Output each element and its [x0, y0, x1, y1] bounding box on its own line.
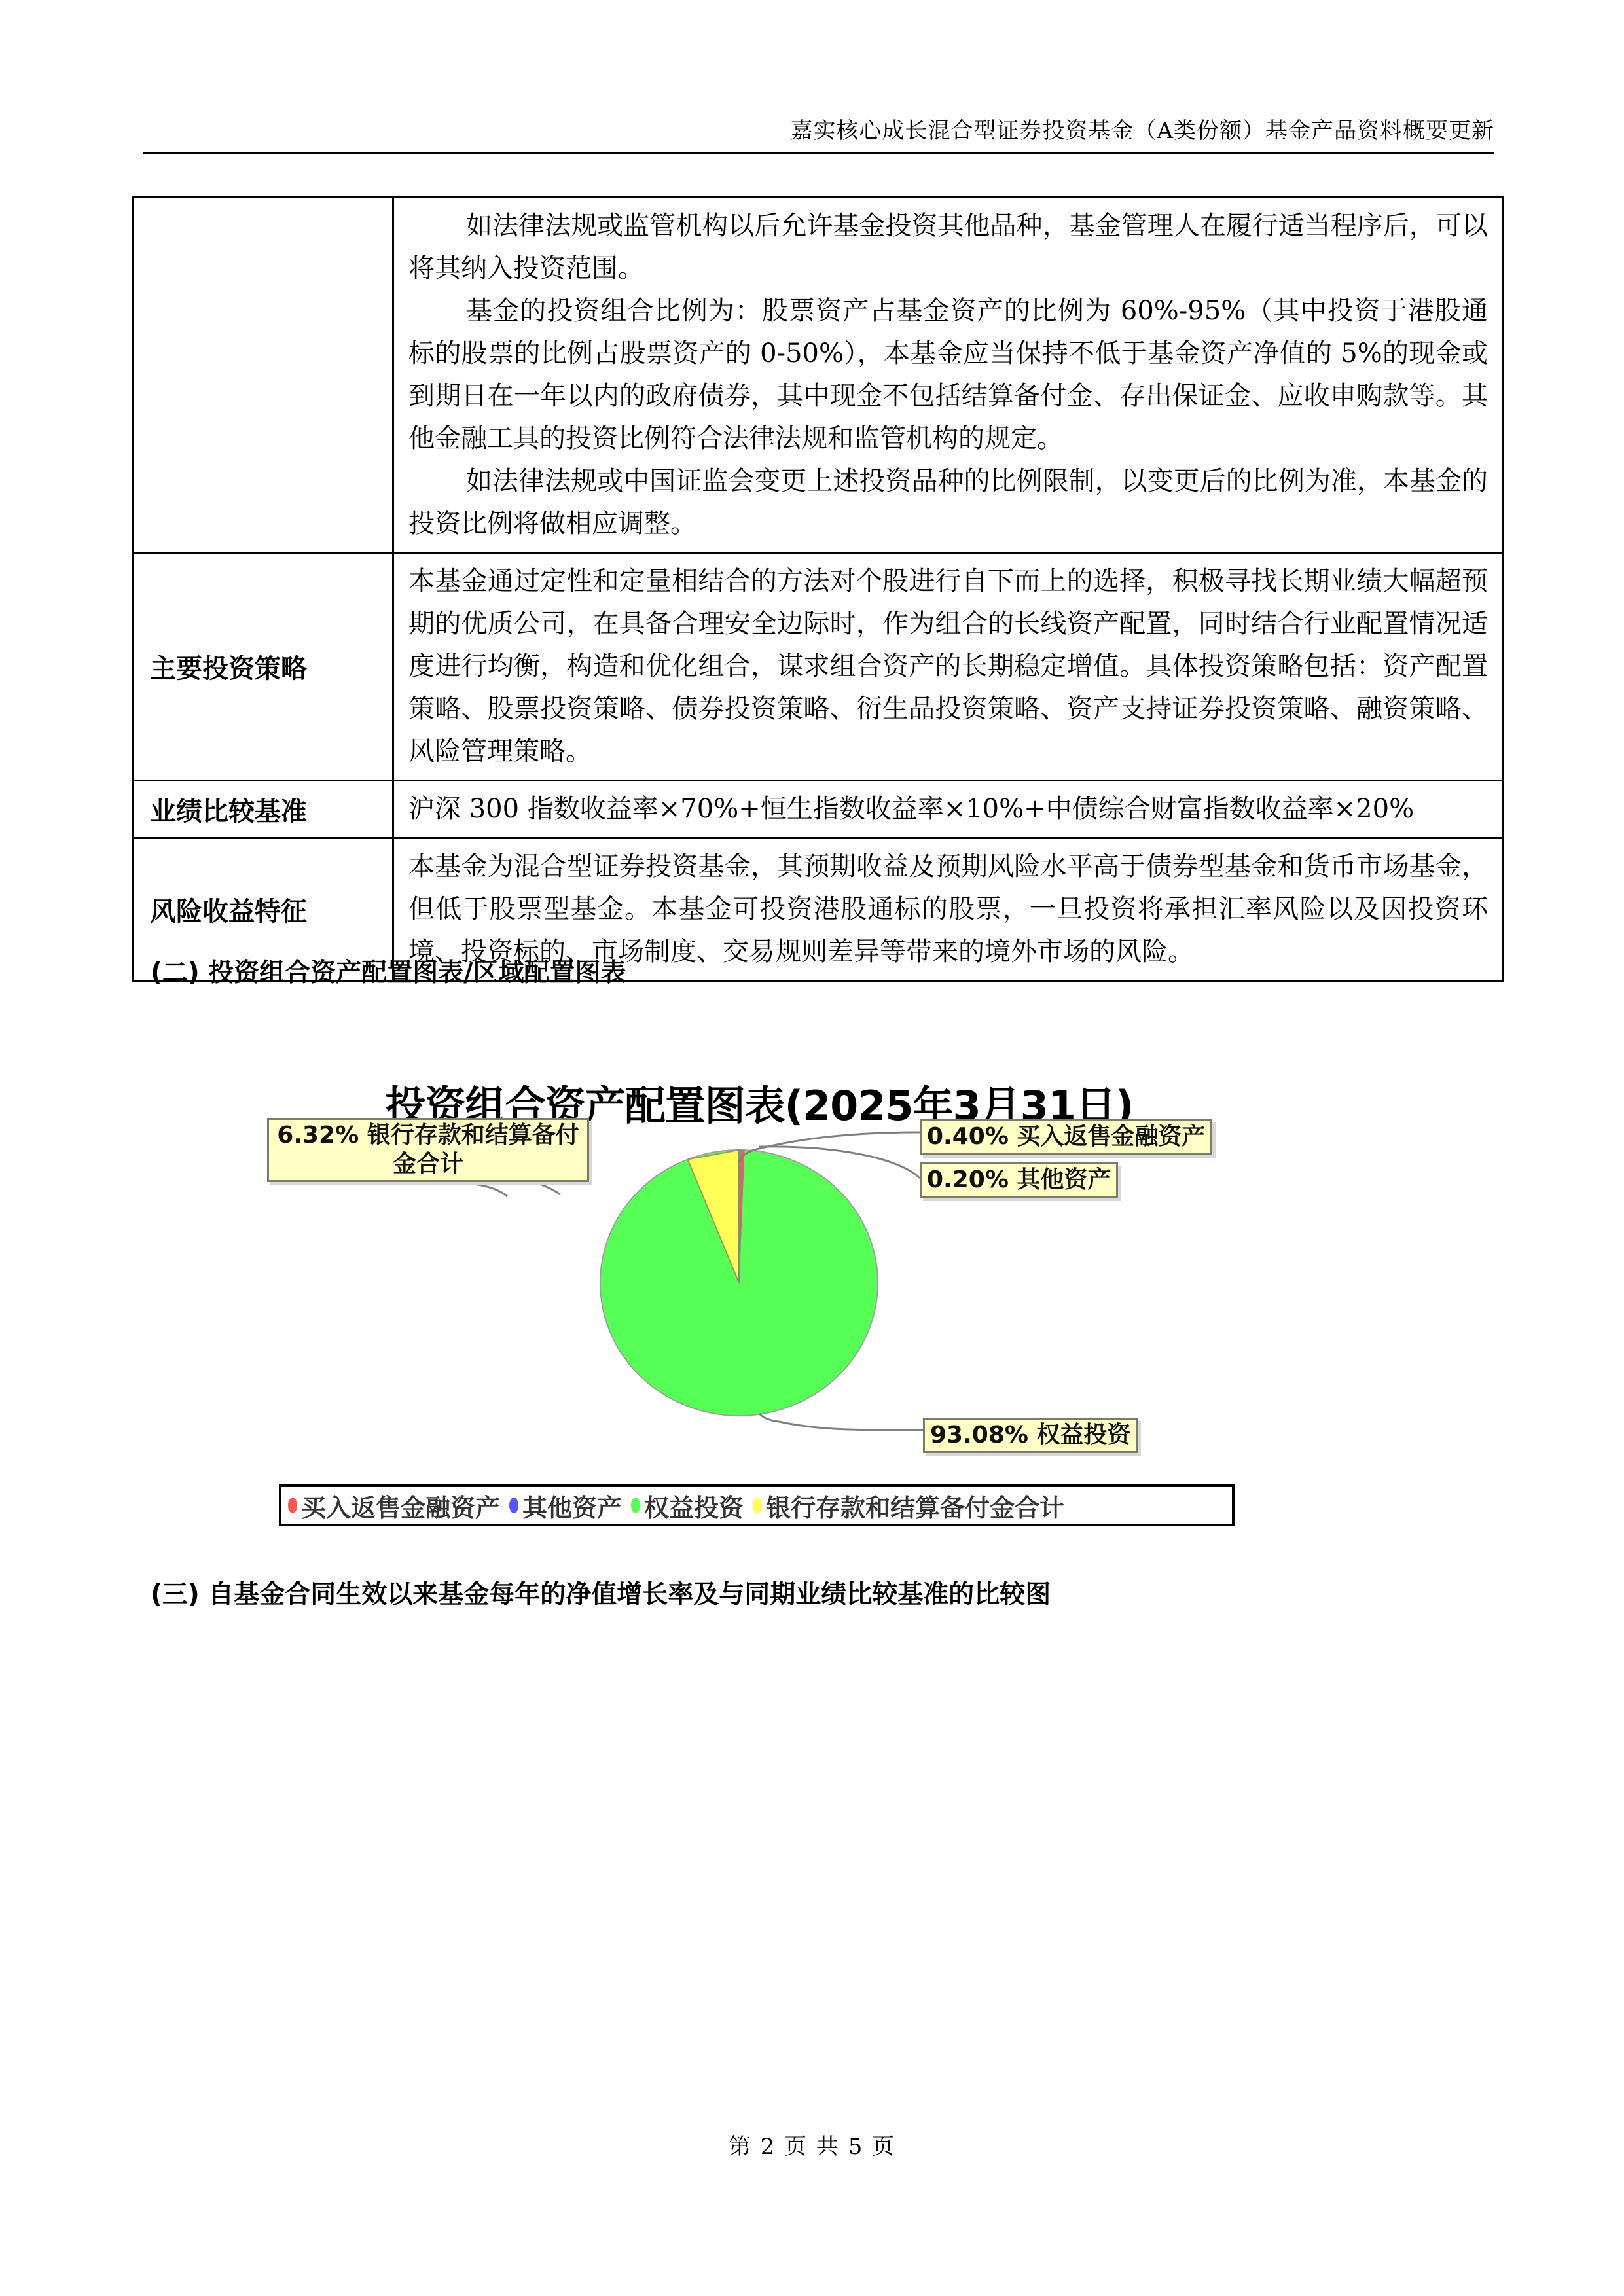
row-label: [134, 198, 393, 553]
chart-legend: 买入返售金融资产 其他资产 权益投资 银行存款和结算备付金合计: [279, 1484, 1235, 1526]
red-dot-icon: [288, 1498, 297, 1513]
legend-item-bank-deposits: 银行存款和结算备付金合计: [753, 1488, 1064, 1524]
callout-text-line2: 金合计: [274, 1150, 582, 1179]
callout-bank-deposits: 6.32% 银行存款和结算备付 金合计: [267, 1118, 589, 1182]
pie-slices: [600, 1150, 878, 1416]
page-header: 嘉实核心成长混合型证券投资基金（A类份额）基金产品资料概要更新: [143, 98, 1494, 154]
paragraph: 如法律法规或监管机构以后允许基金投资其他品种，基金管理人在履行适当程序后，可以将…: [408, 205, 1488, 290]
table-row-benchmark: 业绩比较基准 沪深 300 指数收益率×70%+恒生指数收益率×10%+中债综合…: [134, 781, 1504, 838]
callout-buyback-assets: 0.40% 买入返售金融资产: [920, 1119, 1212, 1155]
paragraph: 如法律法规或中国证监会变更上述投资品种的比例限制，以变更后的比例为准，本基金的投…: [408, 460, 1488, 545]
table-row-investment-strategy: 主要投资策略 本基金通过定性和定量相结合的方法对个股进行自下而上的选择，积极寻找…: [134, 553, 1504, 781]
legend-item-buyback: 买入返售金融资产: [288, 1488, 500, 1524]
section-heading-nav-comparison: (三) 自基金合同生效以来基金每年的净值增长率及与同期业绩比较基准的比较图: [151, 1574, 1051, 1611]
legend-item-equity: 权益投资: [631, 1488, 744, 1524]
callout-text-line1: 6.32% 银行存款和结算备付: [274, 1121, 582, 1150]
row-label: 主要投资策略: [134, 553, 393, 781]
green-dot-icon: [631, 1498, 640, 1513]
leader-line-equity: [759, 1414, 923, 1430]
row-content: 本基金通过定性和定量相结合的方法对个股进行自下而上的选择，积极寻找长期业绩大幅超…: [393, 553, 1504, 781]
legend-label: 权益投资: [644, 1488, 744, 1524]
paragraph: 本基金通过定性和定量相结合的方法对个股进行自下而上的选择，积极寻找长期业绩大幅超…: [408, 560, 1488, 773]
fund-info-table: 如法律法规或监管机构以后允许基金投资其他品种，基金管理人在履行适当程序后，可以将…: [132, 196, 1504, 982]
yellow-dot-icon: [753, 1498, 762, 1513]
row-label: 业绩比较基准: [134, 781, 393, 838]
legend-item-other: 其他资产: [509, 1488, 622, 1524]
paragraph: 基金的投资组合比例为：股票资产占基金资产的比例为 60%-95%（其中投资于港股…: [408, 290, 1488, 460]
document-title: 嘉实核心成长混合型证券投资基金（A类份额）基金产品资料概要更新: [790, 113, 1494, 145]
asset-allocation-pie-chart: 投资组合资产配置图表(2025年3月31日) 6.32% 银行存款和结算备付 金…: [262, 1047, 1257, 1551]
callout-other-assets: 0.20% 其他资产: [920, 1162, 1118, 1198]
blue-dot-icon: [509, 1498, 518, 1513]
callout-equity-investment: 93.08% 权益投资: [923, 1418, 1138, 1453]
paragraph: 沪深 300 指数收益率×70%+恒生指数收益率×10%+中债综合财富指数收益率…: [408, 788, 1488, 831]
legend-label: 其他资产: [522, 1488, 622, 1524]
table-row-investment-scope: 如法律法规或监管机构以后允许基金投资其他品种，基金管理人在履行适当程序后，可以将…: [134, 198, 1504, 553]
row-content: 如法律法规或监管机构以后允许基金投资其他品种，基金管理人在履行适当程序后，可以将…: [393, 198, 1504, 553]
row-content: 沪深 300 指数收益率×70%+恒生指数收益率×10%+中债综合财富指数收益率…: [393, 781, 1504, 838]
legend-label: 买入返售金融资产: [301, 1488, 500, 1524]
section-heading-asset-allocation: (二) 投资组合资产配置图表/区域配置图表: [151, 952, 626, 989]
page-number: 第 2 页 共 5 页: [0, 2128, 1624, 2161]
legend-label: 银行存款和结算备付金合计: [766, 1488, 1064, 1524]
